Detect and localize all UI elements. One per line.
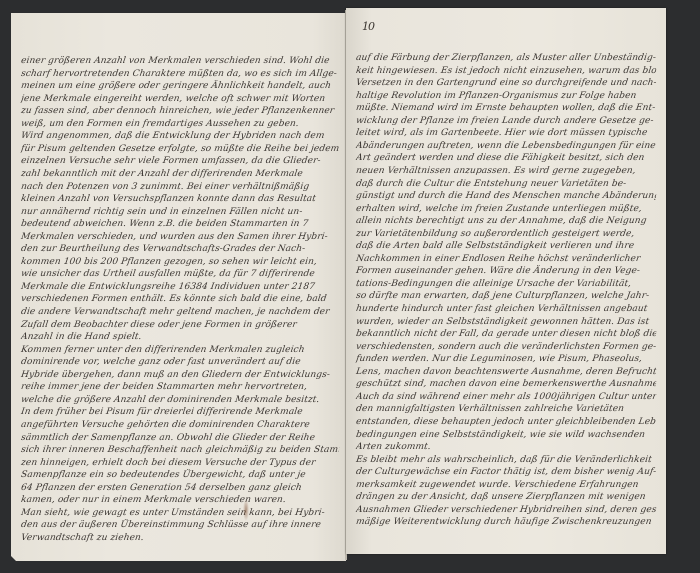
manuscript-line: sämmtlich der Samenpflanze an. Obwohl di… bbox=[20, 432, 340, 444]
manuscript-line: reihe immer jene der beiden Stammarten m… bbox=[20, 381, 340, 393]
manuscript-line: 64 Pflanzen der ersten Generation 54 der… bbox=[20, 482, 340, 494]
manuscript-line: Samenpflanze ein so bedeutendes Übergewi… bbox=[20, 469, 340, 481]
manuscript-line: Auch da sind während einer mehr als 1000… bbox=[355, 391, 657, 403]
manuscript-line: einer größeren Anzahl von Merkmalen vers… bbox=[20, 55, 340, 67]
manuscript-line: zu fassen sind, aber dennoch hinreichen,… bbox=[20, 105, 340, 117]
manuscript-line: angeführten Versuche gehörten die domini… bbox=[20, 419, 340, 431]
manuscript-line: tations-Bedingungen die alleinige Ursach… bbox=[355, 278, 657, 290]
manuscript-line: kommen 100 bis 200 Pflanzen gezogen, so … bbox=[20, 256, 340, 268]
manuscript-line: wicklung der Pflanze im freien Lande dur… bbox=[355, 115, 657, 127]
manuscript-line: In dem früher bei Pisum für dreierlei di… bbox=[20, 406, 340, 418]
manuscript-line: Merkmale die Entwicklungsreihe 16384 Ind… bbox=[20, 281, 340, 293]
ink-stain bbox=[243, 499, 249, 521]
manuscript-line: Merkmalen verschieden, und wurden aus de… bbox=[20, 231, 340, 243]
manuscript-line: daß die Arten bald alle Selbstständigkei… bbox=[355, 240, 657, 252]
manuscript-line: sich ihrer inneren Beschaffenheit nach g… bbox=[20, 444, 340, 456]
manuscript-line: scharf hervortretenden Charaktere müßten… bbox=[20, 68, 340, 80]
manuscript-line: Lens, machen davon beachtenswerte Ausnah… bbox=[355, 366, 657, 378]
manuscript-line: leitet wird, als im Gartenbeete. Hier wi… bbox=[355, 127, 657, 139]
right-page: 10 auf die Färbung der Zierpflanzen, als… bbox=[346, 8, 666, 554]
manuscript-line: jene Merkmale eingereiht werden, welche … bbox=[20, 93, 340, 105]
manuscript-line: kamen, oder nur in einem Merkmale versch… bbox=[20, 494, 340, 506]
manuscript-line: zur Varietätenbildung so außerordentlich… bbox=[355, 228, 657, 240]
manuscript-line: Hybride übergehen, dann muß an den Glied… bbox=[20, 369, 340, 381]
manuscript-line: neuen Verhältnissen anzupassen. Es wird … bbox=[355, 165, 657, 177]
manuscript-line: einzelnen Versuche sehr viele Formen umf… bbox=[20, 155, 340, 167]
manuscript-line: Versetzen in den Gartengrund eine so dur… bbox=[355, 77, 657, 89]
manuscript-line: meinen um eine größere oder geringere Äh… bbox=[20, 80, 340, 92]
manuscript-line: mäßige Weiterentwicklung durch häufige Z… bbox=[355, 516, 657, 528]
manuscript-line: zen hinneigen, erhielt doch bei diesem V… bbox=[20, 457, 340, 469]
manuscript-line: Es bleibt mehr als wahrscheinlich, daß f… bbox=[355, 454, 657, 466]
manuscript-line: günstigt und durch die Hand des Menschen… bbox=[355, 190, 657, 202]
manuscript-line: die andere Verwandtschaft mehr geltend m… bbox=[20, 306, 340, 318]
manuscript-line: kleinen Anzahl von Versuchspflanzen konn… bbox=[20, 193, 340, 205]
manuscript-line: Verwandtschaft zu ziehen. bbox=[20, 532, 340, 544]
manuscript-line: müßte. Niemand wird im Ernste behaupten … bbox=[355, 102, 657, 114]
manuscript-line: der Culturgewächse ein Factor thätig ist… bbox=[355, 466, 657, 478]
manuscript-line: welche die größere Anzahl der dominirend… bbox=[20, 394, 340, 406]
manuscript-line: entstanden, diese behaupten jedoch unter… bbox=[355, 416, 657, 428]
manuscript-line: allein nichts berechtigt uns zu der Anna… bbox=[355, 215, 657, 227]
manuscript-line: verschiedenen Formen enthält. Es könnte … bbox=[20, 293, 340, 305]
manuscript-line: Ausnahmen Glieder verschiedener Hybridre… bbox=[355, 504, 657, 516]
page-number: 10 bbox=[362, 20, 374, 33]
manuscript-line: bekanntlich nicht der Fall, da gerade un… bbox=[355, 328, 657, 340]
manuscript-line: haltige Revolution im Pflanzen-Organismu… bbox=[355, 90, 657, 102]
manuscript-line: Anzahl in die Hand spielt. bbox=[20, 331, 340, 343]
manuscript-line: so dürfte man erwarten, daß jene Culturp… bbox=[355, 290, 657, 302]
manuscript-line: den mannigfaltigsten Verhältnissen zahlr… bbox=[355, 403, 657, 415]
manuscript-line: nur annähernd richtig sein und in einzel… bbox=[20, 206, 340, 218]
manuscript-line: für Pisum geltenden Gesetze erfolgte, so… bbox=[20, 143, 340, 155]
manuscript-line: wurden, wieder an Selbstständigkeit gewo… bbox=[355, 316, 657, 328]
manuscript-line: bedeutend abweichen. Wenn z.B. die beide… bbox=[20, 218, 340, 230]
manuscript-line: wie unsicher das Urtheil ausfallen müßte… bbox=[20, 268, 340, 280]
manuscript-line: hunderte hindurch unter fast gleichen Ve… bbox=[355, 303, 657, 315]
manuscript-line: nach den Potenzen von 3 zunimmt. Bei ein… bbox=[20, 181, 340, 193]
manuscript-line: zahl bekanntlich mit der Anzahl der diff… bbox=[20, 168, 340, 180]
manuscript-line: den aus der äußeren Übereinstimmung Schl… bbox=[20, 519, 340, 531]
manuscript-line: funden werden. Nur die Leguminosen, wie … bbox=[355, 353, 657, 365]
manuscript-line: verschiedensten, sondern auch die veränd… bbox=[355, 341, 657, 353]
left-page: einer größeren Anzahl von Merkmalen vers… bbox=[11, 13, 346, 561]
manuscript-line: daß durch die Cultur die Entstehung neue… bbox=[355, 178, 657, 190]
manuscript-line: Arten zukommt. bbox=[355, 441, 657, 453]
manuscript-line: weiß, um den Formen ein fremdartiges Aus… bbox=[20, 118, 340, 130]
manuscript-line: Abänderungen auftreten, wenn die Lebensb… bbox=[355, 140, 657, 152]
manuscript-line: den zur Beurtheilung des Verwandtschafts… bbox=[20, 243, 340, 255]
manuscript-line: merksamkeit zugewendet wurde. Verschiede… bbox=[355, 479, 657, 491]
manuscript-line: geschützt sind, machen davon eine bemerk… bbox=[355, 378, 657, 390]
manuscript-line: auf die Färbung der Zierpflanzen, als Mu… bbox=[355, 52, 657, 64]
manuscript-line: keit hingewiesen. Es ist jedoch nicht ei… bbox=[355, 65, 657, 77]
manuscript-line: Wird angenommen, daß die Entwicklung der… bbox=[20, 130, 340, 142]
manuscript-line: Man sieht, wie gewagt es unter Umständen… bbox=[20, 507, 340, 519]
manuscript-line: Art geändert werden und diese die Fähigk… bbox=[355, 152, 657, 164]
manuscript-line: drängen zu der Ansicht, daß unsere Zierp… bbox=[355, 491, 657, 503]
manuscript-line: erhalten wird, welche im freien Zustande… bbox=[355, 203, 657, 215]
manuscript-line: Kommen ferner unter den differirenden Me… bbox=[20, 344, 340, 356]
manuscript-line: Nachkommen in einer Endlosen Reihe höchs… bbox=[355, 253, 657, 265]
manuscript-line: dominirende vor, welche ganz oder fast u… bbox=[20, 356, 340, 368]
manuscript-line: Formen auseinander gehen. Wäre die Änder… bbox=[355, 265, 657, 277]
manuscript-line: bedingungen eine Selbstständigkeit, wie … bbox=[355, 429, 657, 441]
manuscript-spread: einer größeren Anzahl von Merkmalen vers… bbox=[0, 0, 700, 573]
manuscript-line: Zufall dem Beobachter diese oder jene Fo… bbox=[20, 319, 340, 331]
